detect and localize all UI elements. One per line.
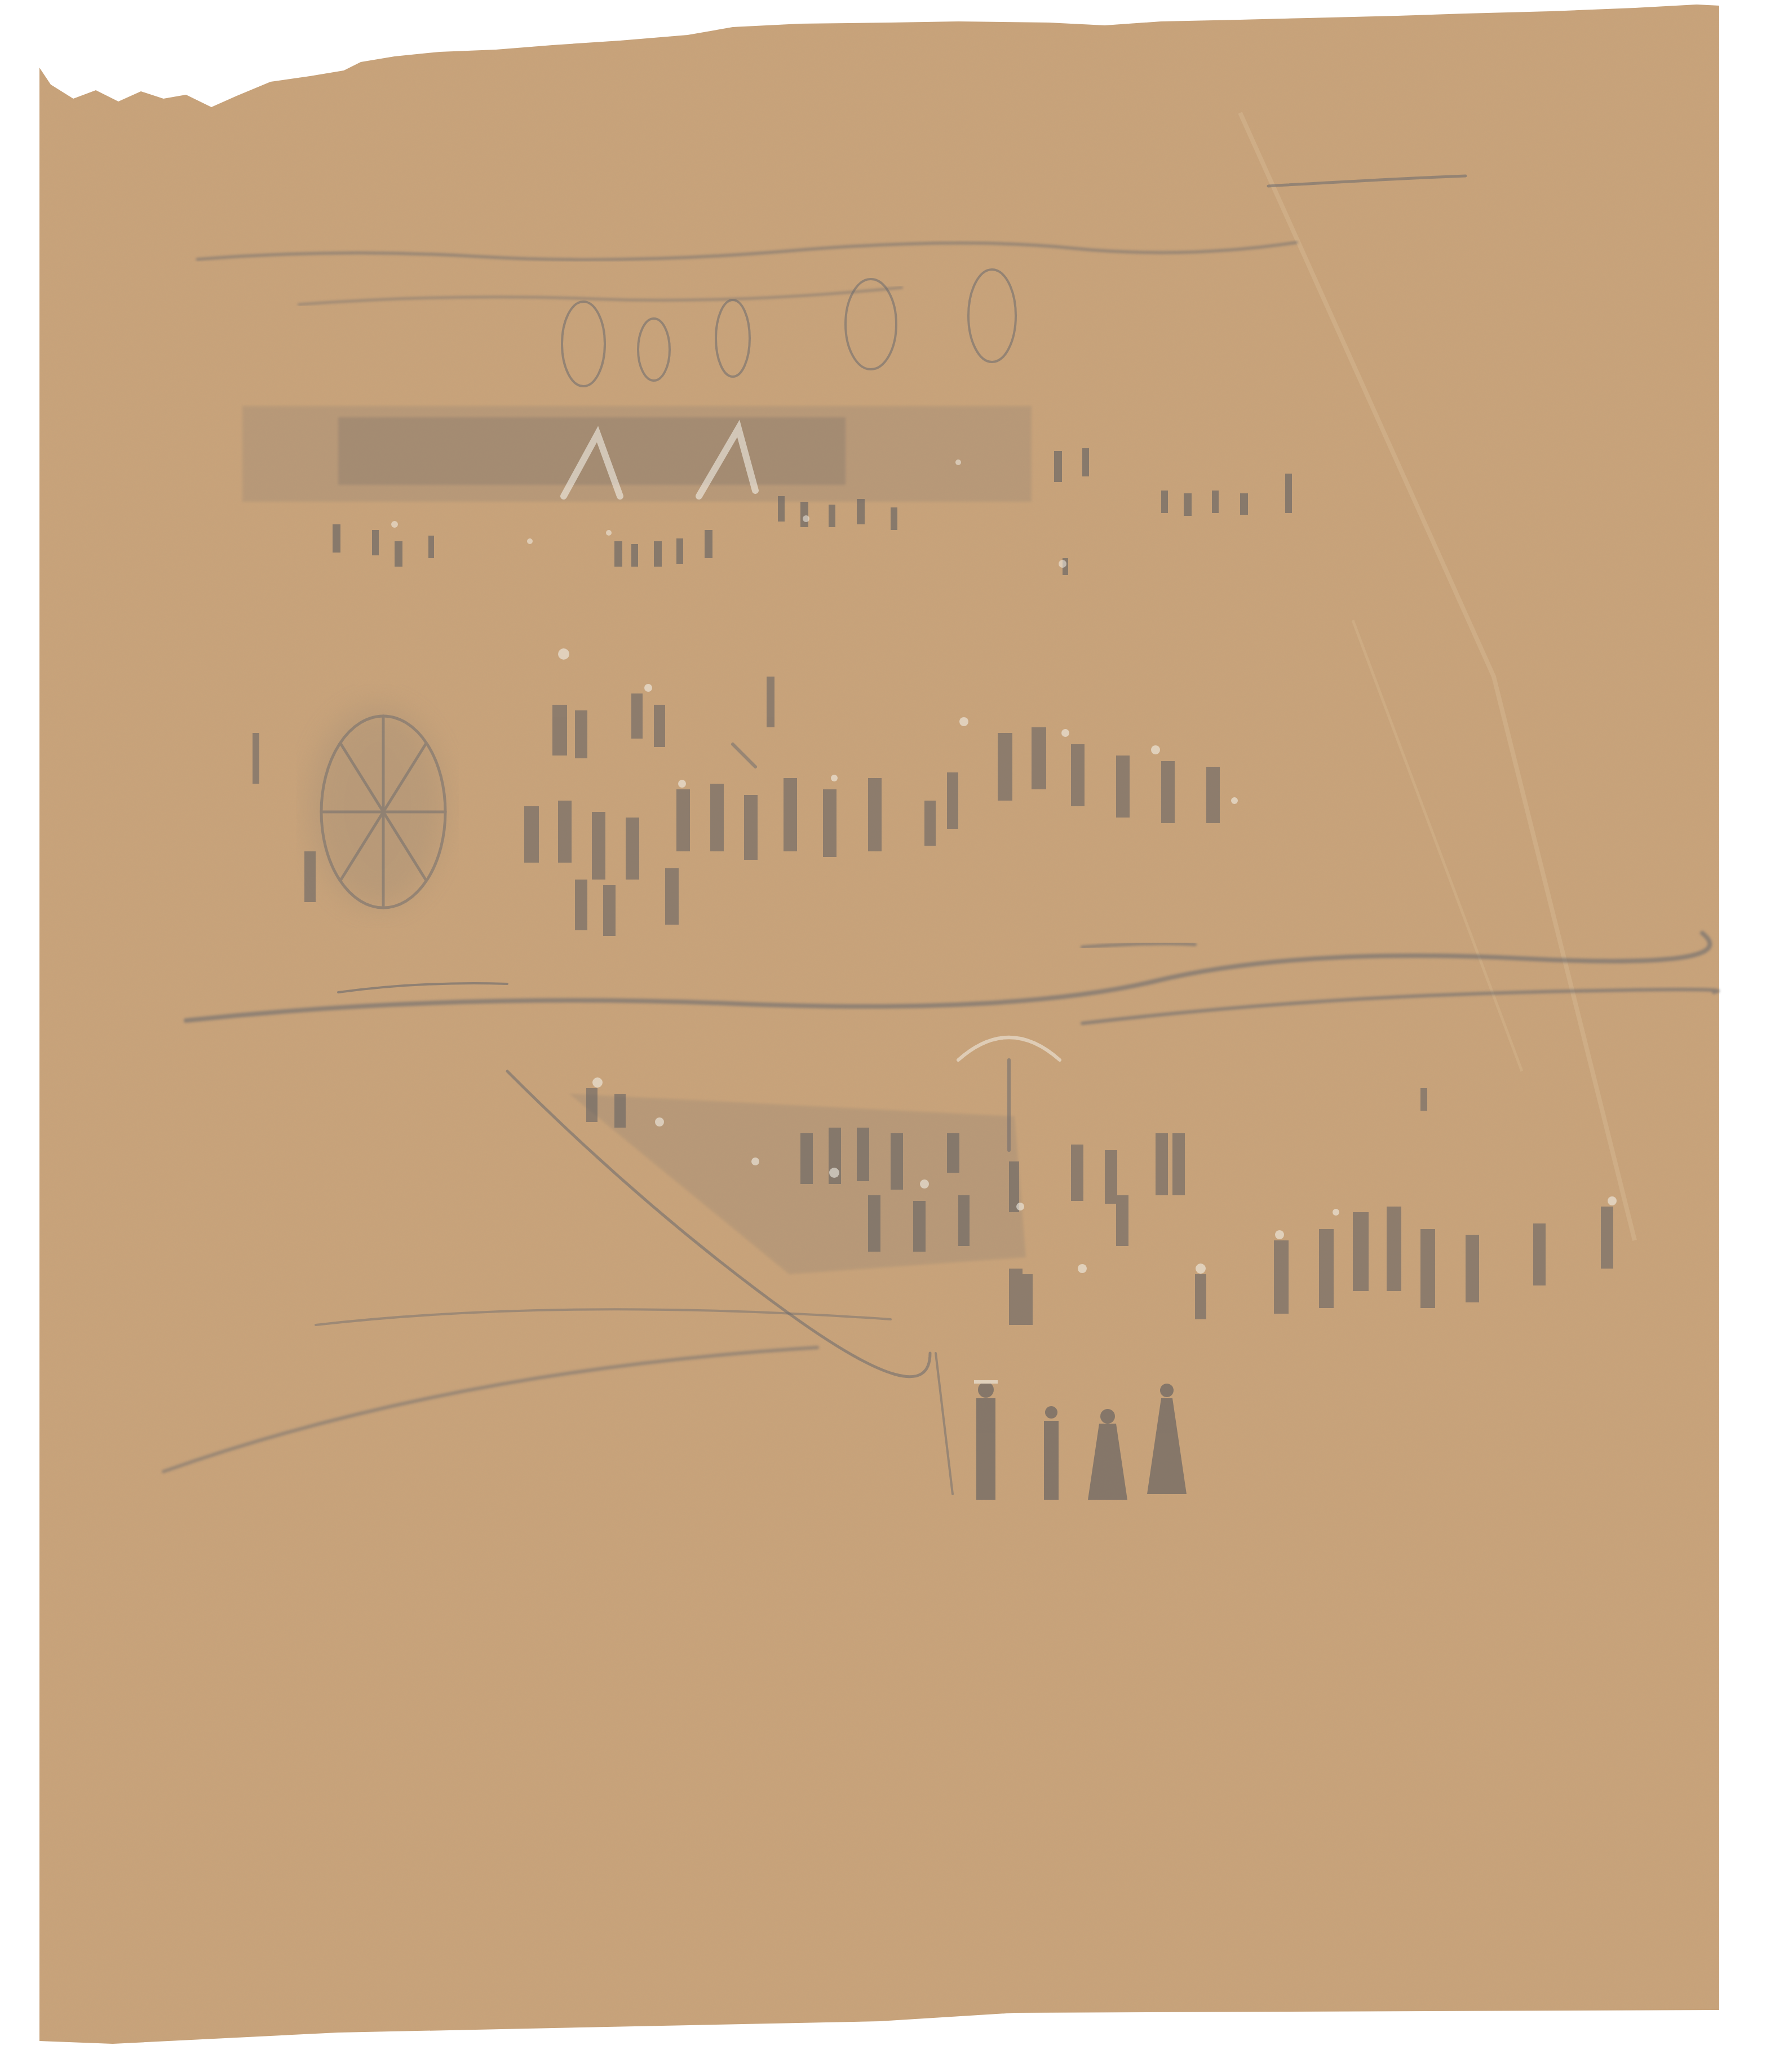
wheel [321, 716, 445, 908]
drawing-artwork: Pencil and white chalk sketch on tan pap… [0, 0, 1766, 2072]
paper-sheet [39, 5, 1719, 2044]
artwork-canvas [0, 0, 1766, 2072]
